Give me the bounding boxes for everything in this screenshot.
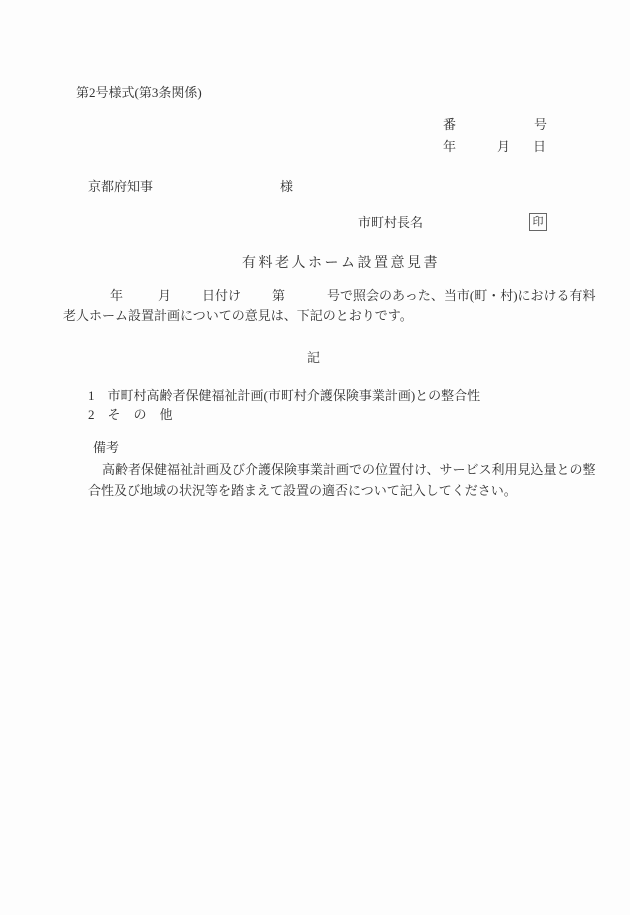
seal-character: 印: [533, 217, 544, 228]
body-year-label: 年: [110, 288, 123, 304]
remarks-label: 備考: [93, 440, 119, 456]
document-page: 第2号様式(第3条関係) 番 号 年 月 日 京都府知事 様 市町村長名 印 有…: [0, 0, 630, 915]
remarks-line2: 合性及び地域の状況等を踏まえて設置の適否について記入してください。: [88, 483, 517, 499]
date-day-label: 日: [533, 139, 546, 155]
seal-stamp-box: 印: [529, 213, 547, 231]
remarks-line1: 高齢者保健福祉計画及び介護保険事業計画での位置付け、サービス利用見込量との整: [102, 462, 595, 478]
body-line2-text: 老人ホーム設置計画についての意見は、下記のとおりです。: [63, 308, 413, 324]
addressee-name: 京都府知事: [88, 179, 153, 195]
body-number-prefix: 第: [272, 288, 285, 304]
body-line1-text: 号で照会のあった、当市(町・村)における有料: [327, 288, 596, 304]
list-item-1: 1 市町村高齢者保健福祉計画(市町村介護保険事業計画)との整合性: [88, 388, 480, 404]
body-month-label: 月: [158, 288, 171, 304]
signer-label: 市町村長名: [358, 215, 423, 231]
form-number: 第2号様式(第3条関係): [76, 85, 202, 101]
doc-number-label: 番: [443, 117, 456, 133]
record-marker: 記: [307, 350, 320, 366]
date-month-label: 月: [497, 139, 510, 155]
list-item-2: 2 そ の 他: [88, 407, 173, 423]
date-year-label: 年: [443, 139, 456, 155]
body-day-label: 日付け: [202, 288, 241, 304]
document-title: 有料老人ホーム設置意見書: [242, 256, 440, 273]
addressee-honorific: 様: [280, 179, 293, 195]
doc-number-suffix: 号: [534, 117, 547, 133]
